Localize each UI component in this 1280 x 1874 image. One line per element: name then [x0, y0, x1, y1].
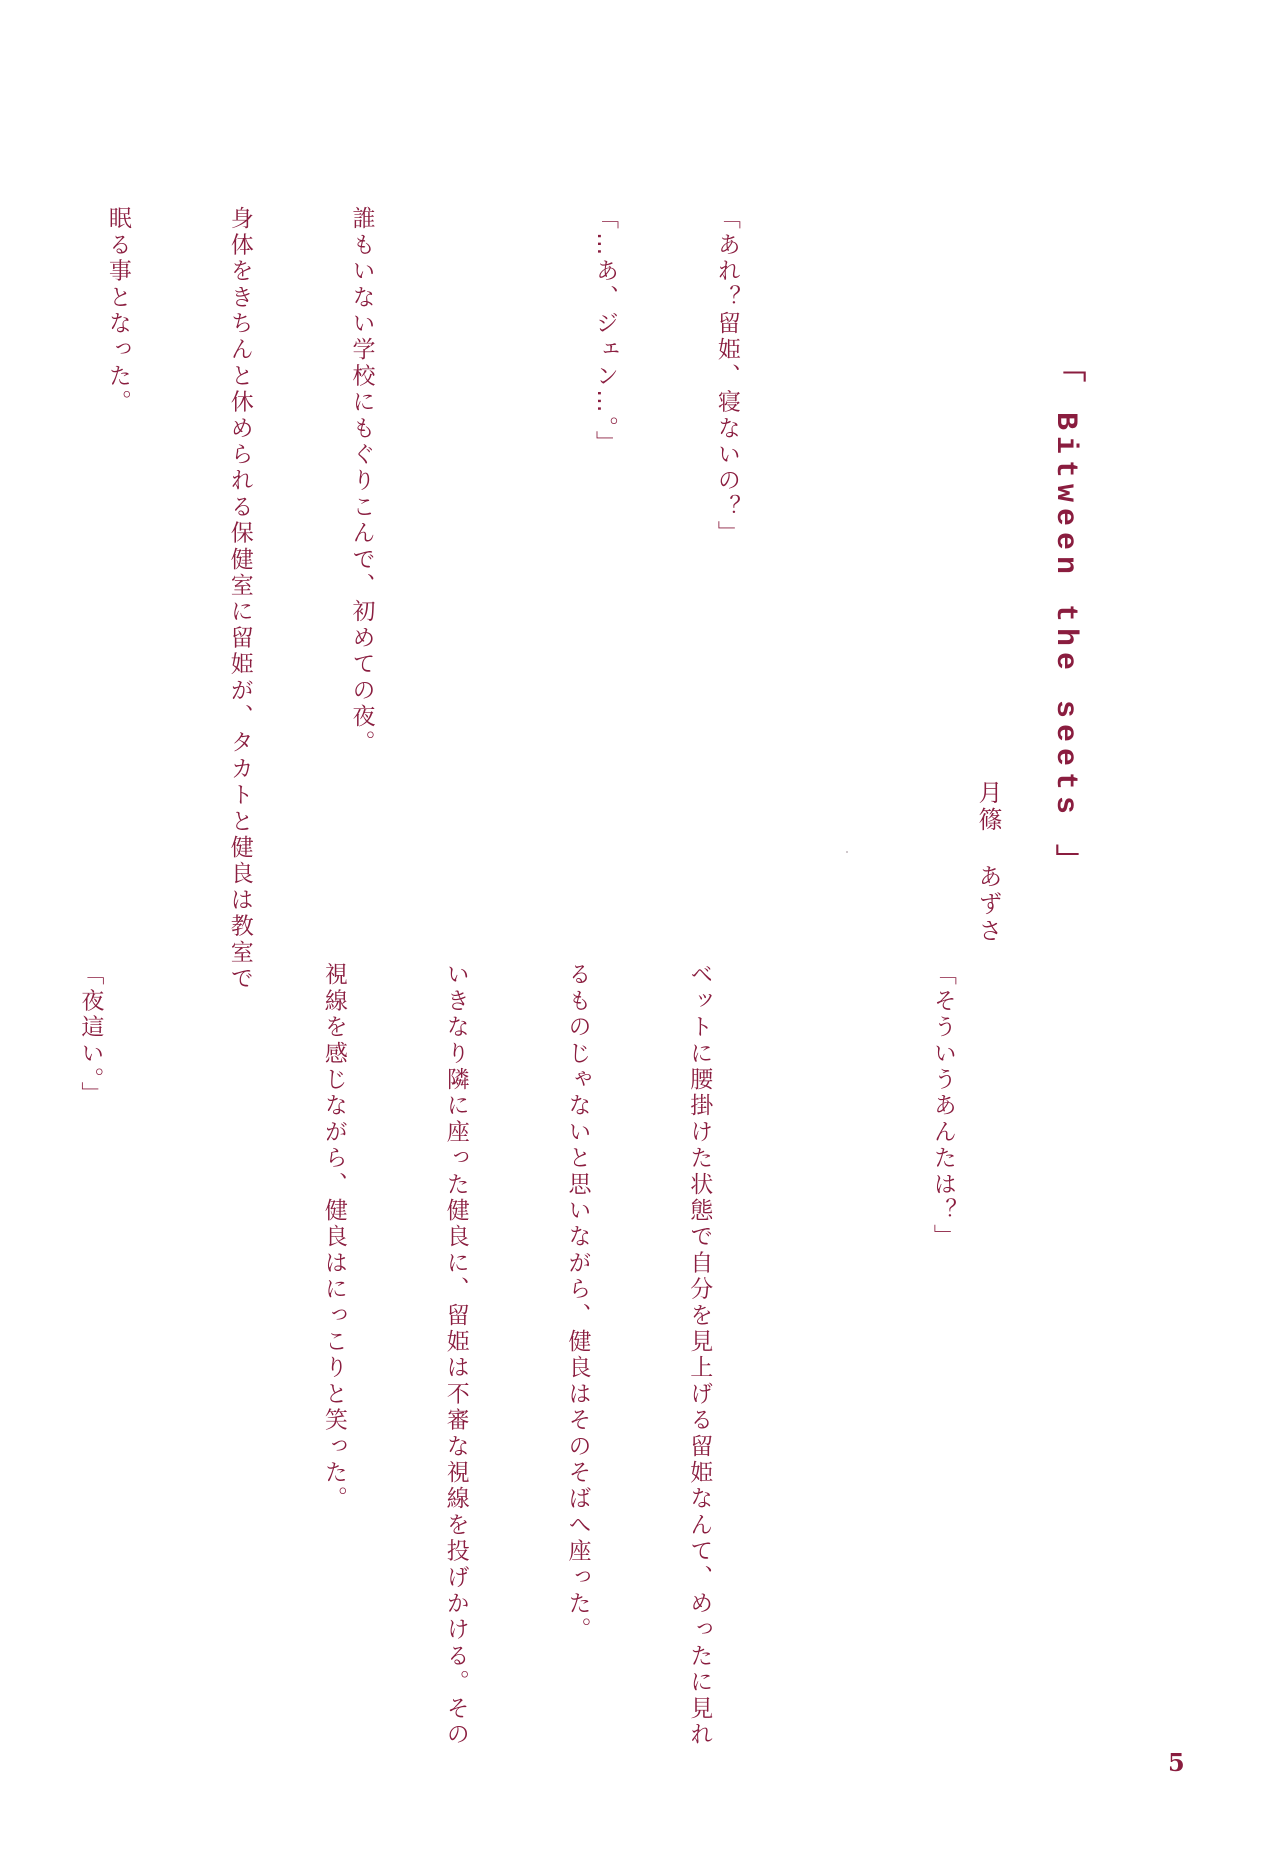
upper-text-block: 「あれ？留姫、寝ないの？」 「…あ、ジェン…。」 誰もいない学校にもぐりこんで、…: [0, 206, 828, 906]
paragraph-break: [800, 962, 841, 1732]
lower-text-block: 「そういうあんたは？」 ベットに腰掛けた状態で自分を見上げる留姫なんて、めったに…: [0, 962, 1044, 1732]
paragraph-break: [463, 206, 504, 906]
text-line: 誰もいない学校にもぐりこんで、初めての夜。: [341, 206, 382, 906]
text-line: るものじゃないと思いながら、健良はそのそばへ座った。: [557, 962, 598, 1732]
text-line: いきなり隣に座った健良に、留姫は不審な視線を投げかける。その: [435, 962, 476, 1732]
text-line: 身体をきちんと休められる保健室に留姫が、タカトと健良は教室で: [219, 206, 260, 906]
author-family-name: 月篠: [974, 780, 1002, 834]
print-speck: [846, 851, 848, 853]
text-line: 「そういうあんたは？」: [922, 962, 963, 1732]
author-given-name: あずさ: [974, 864, 1002, 945]
paragraph-break: [192, 962, 233, 1732]
text-line: 眠る事となった。: [97, 206, 138, 906]
text-line: 「夜這い。」: [70, 962, 111, 1732]
author-name: 月篠あずさ: [968, 780, 1008, 920]
text-line: ベットに腰掛けた状態で自分を見上げる留姫なんて、めったに見れ: [679, 962, 720, 1732]
text-line: 視線を感じながら、健良はにっこりと笑った。: [313, 962, 354, 1732]
text-line: 「…あ、ジェン…。」: [584, 206, 625, 906]
story-title: 「 Bitween the seets 」: [1030, 352, 1100, 792]
page-number: 5: [1168, 1748, 1185, 1777]
text-line: 「あれ？留姫、寝ないの？」: [706, 206, 747, 906]
paragraph-break: [0, 206, 16, 906]
